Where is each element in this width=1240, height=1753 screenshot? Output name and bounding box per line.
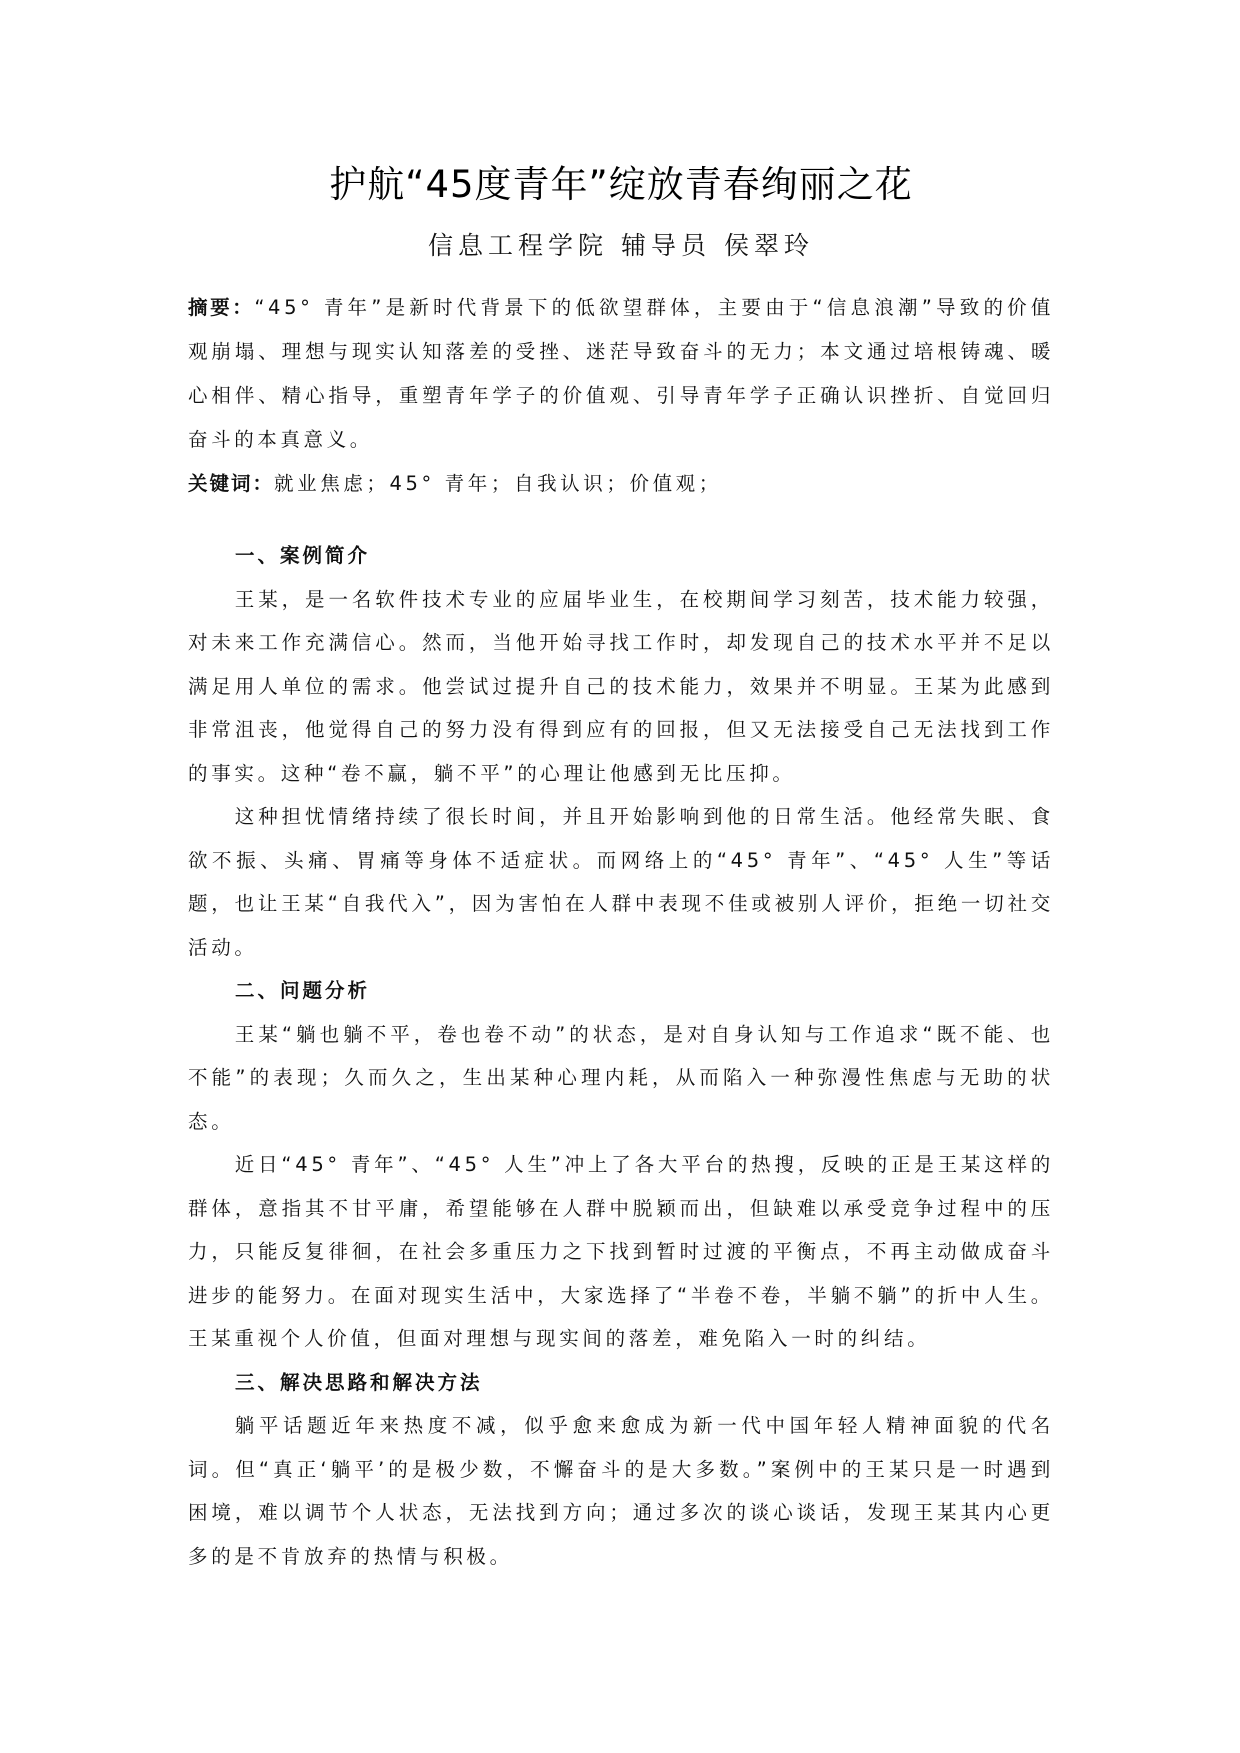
abstract-text: “45° 青年”是新时代背景下的低欲望群体，主要由于“信息浪潮”导致的价值观崩塌… [188,296,1054,451]
section-solutions: 三、解决思路和解决方法 躺平话题近年来热度不减，似乎愈来愈成为新一代中国年轻人精… [188,1361,1054,1579]
paragraph: 王某，是一名软件技术专业的应届毕业生，在校期间学习刻苦，技术能力较强，对未来工作… [188,578,1054,796]
abstract: 摘要：“45° 青年”是新时代背景下的低欲望群体，主要由于“信息浪潮”导致的价值… [188,286,1054,462]
keywords-text: 就业焦虑；45° 青年；自我认识；价值观； [274,472,722,495]
document-title: 护航“45度青年”绽放青春绚丽之花 [188,160,1054,210]
paragraph: 这种担忧情绪持续了很长时间，并且开始影响到他的日常生活。他经常失眠、食欲不振、头… [188,795,1054,969]
section-problem-analysis: 二、问题分析 王某“躺也躺不平，卷也卷不动”的状态，是对自身认知与工作追求“既不… [188,969,1054,1361]
author-byline: 信息工程学院 辅导员 侯翠玲 [188,226,1054,266]
keywords-label: 关键词： [188,472,274,495]
document-body: 一、案例简介 王某，是一名软件技术专业的应届毕业生，在校期间学习刻苦，技术能力较… [188,534,1054,1578]
abstract-block: 摘要：“45° 青年”是新时代背景下的低欲望群体，主要由于“信息浪潮”导致的价值… [188,286,1054,506]
keywords: 关键词：就业焦虑；45° 青年；自我认识；价值观； [188,462,1054,506]
section-heading: 二、问题分析 [188,969,1054,1013]
paragraph: 近日“45° 青年”、“45° 人生”冲上了各大平台的热搜，反映的正是王某这样的… [188,1143,1054,1361]
section-heading: 一、案例简介 [188,534,1054,578]
section-heading: 三、解决思路和解决方法 [188,1361,1054,1405]
paragraph: 躺平话题近年来热度不减，似乎愈来愈成为新一代中国年轻人精神面貌的代名词。但“真正… [188,1404,1054,1578]
abstract-label: 摘要： [188,296,254,319]
section-case-intro: 一、案例简介 王某，是一名软件技术专业的应届毕业生，在校期间学习刻苦，技术能力较… [188,534,1054,969]
paragraph: 王某“躺也躺不平，卷也卷不动”的状态，是对自身认知与工作追求“既不能、也不能”的… [188,1013,1054,1144]
